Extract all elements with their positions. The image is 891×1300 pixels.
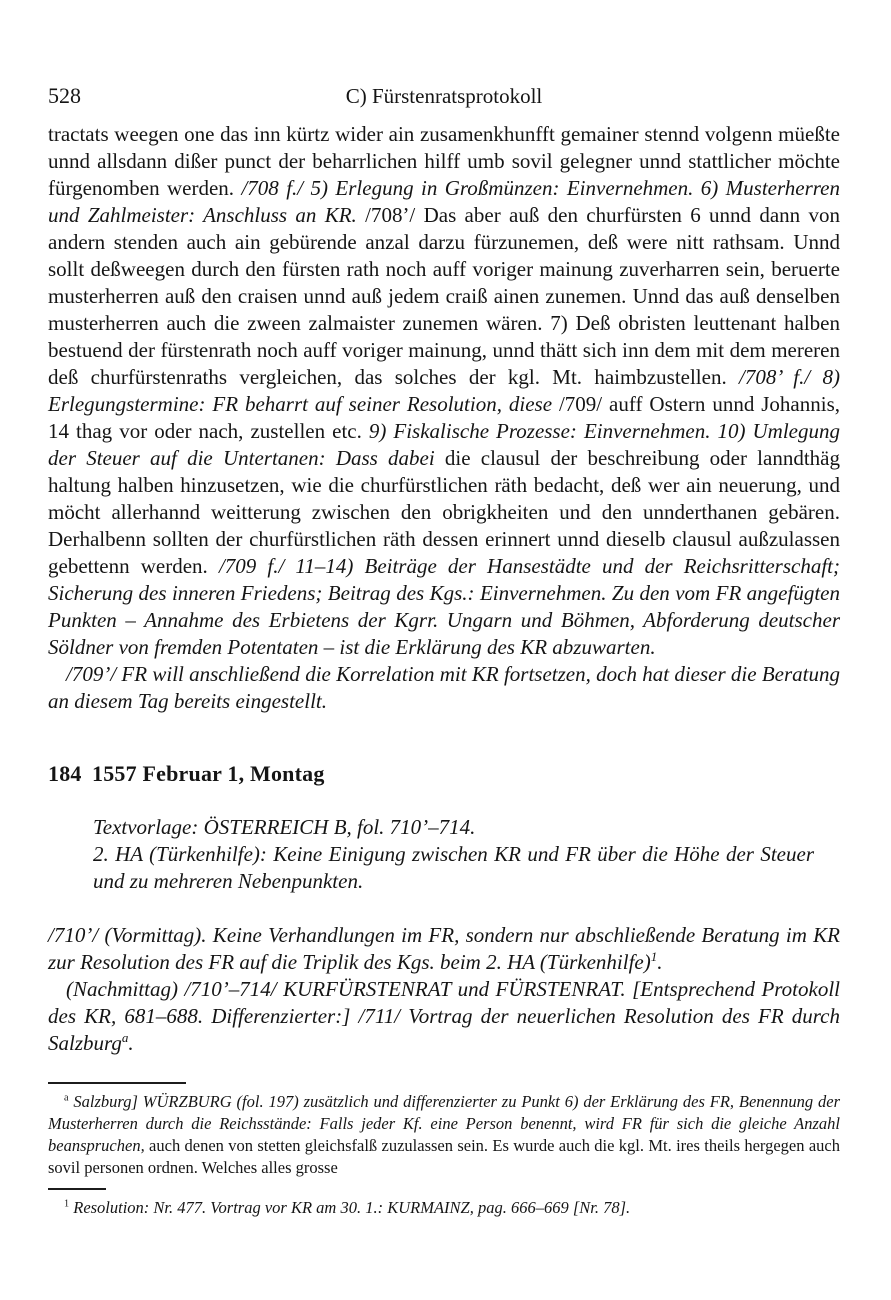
entry-number: 184: [48, 761, 92, 787]
text-roman: /708’/ Das aber auß den churfürsten 6 un…: [48, 203, 840, 389]
entry-source-block: Textvorlage: ÖSTERREICH B, fol. 710’–714…: [93, 814, 814, 895]
footnote-a: a Salzburg] WÜRZBURG (fol. 197) zusätzli…: [48, 1091, 840, 1179]
book-page: 528 C) Fürstenratsprotokoll tractats wee…: [0, 0, 891, 1300]
footnote-1-text: Resolution: Nr. 477. Vortrag vor KR am 3…: [69, 1198, 630, 1217]
text-editorial-italic: (Nachmittag) /710’–714/ KURFÜRSTENRAT un…: [48, 977, 840, 1055]
page-header: 528 C) Fürstenratsprotokoll: [48, 84, 840, 108]
footnote-separator-rule: [48, 1082, 186, 1084]
entry-title: 1557 Februar 1, Montag: [92, 761, 325, 786]
footnote-separator-rule-short: [48, 1188, 106, 1190]
paragraph-correlation-note: /709’/ FR will anschließend die Korrelat…: [48, 661, 840, 715]
text-editorial-italic: /710’/ (Vormittag). Keine Verhandlungen …: [48, 923, 840, 974]
footnote-a-roman-text: auch denen von stetten gleichsfalß zuzul…: [48, 1136, 840, 1177]
running-title: C) Fürstenratsprotokoll: [346, 84, 543, 108]
entry-heading: 1841557 Februar 1, Montag: [48, 761, 840, 787]
text-editorial-italic: .: [657, 950, 662, 974]
footnote-1: 1 Resolution: Nr. 477. Vortrag vor KR am…: [48, 1197, 840, 1219]
page-body: tractats weegen one das inn kürtz wider …: [48, 121, 840, 1219]
entry-summary: 2. HA (Türkenhilfe): Keine Einigung zwis…: [93, 841, 814, 895]
paragraph-nachmittag: (Nachmittag) /710’–714/ KURFÜRSTENRAT un…: [48, 976, 840, 1057]
page-number: 528: [48, 84, 81, 108]
paragraph-vormittag: /710’/ (Vormittag). Keine Verhandlungen …: [48, 922, 840, 976]
textvorlage-line: Textvorlage: ÖSTERREICH B, fol. 710’–714…: [93, 814, 814, 841]
paragraph-protocol-continuation: tractats weegen one das inn kürtz wider …: [48, 121, 840, 661]
footnote-area: a Salzburg] WÜRZBURG (fol. 197) zusätzli…: [48, 1082, 840, 1219]
text-editorial-italic: .: [128, 1031, 133, 1055]
